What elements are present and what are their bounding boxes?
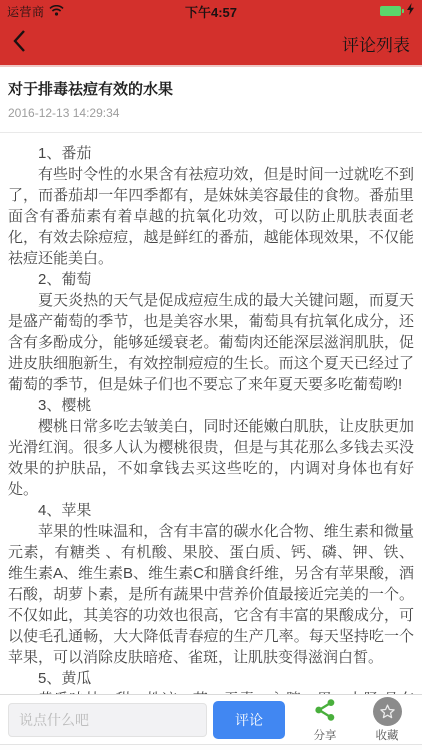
article-body: 1、番茄 有些时令性的水果含有祛痘功效，但是时间一过就吃不到了，而番茄却一年四季…	[8, 143, 414, 694]
bottom-hairline	[0, 744, 422, 750]
article-divider	[0, 132, 422, 133]
bottom-bar: 评论 分享 收藏	[0, 694, 422, 744]
wifi-icon	[49, 3, 64, 21]
status-left-group: 运营商	[7, 2, 64, 21]
nav-title: 评论列表	[342, 31, 410, 56]
article-section: 2、葡萄 夏天炎热的天气是促成痘痘生成的最大关键问题，而夏天是盛产葡萄的季节，也…	[8, 269, 414, 395]
section-heading: 2、葡萄	[8, 269, 414, 290]
section-body: 樱桃日常多吃去皱美白，同时还能嫩白肌肤，让皮肤更加光滑红润。很多人认为樱桃很贵，…	[8, 416, 414, 500]
article-section: 3、樱桃 樱桃日常多吃去皱美白，同时还能嫩白肌肤，让皮肤更加光滑红润。很多人认为…	[8, 395, 414, 500]
section-body: 夏天炎热的天气是促成痘痘生成的最大关键问题，而夏天是盛产葡萄的季节，也是美容水果…	[8, 290, 414, 395]
carrier-label: 运营商	[7, 3, 45, 20]
section-heading: 1、番茄	[8, 143, 414, 164]
nav-bar: 评论列表	[0, 22, 422, 67]
article-title: 对于排毒祛痘有效的水果	[8, 67, 414, 99]
comment-submit-button[interactable]: 评论	[213, 701, 285, 739]
favorite-button[interactable]: 收藏	[360, 697, 414, 743]
comment-input[interactable]	[8, 703, 207, 737]
back-button[interactable]	[12, 21, 42, 66]
section-heading: 4、苹果	[8, 500, 414, 521]
share-label: 分享	[314, 727, 337, 743]
article-section: 1、番茄 有些时令性的水果含有祛痘功效，但是时间一过就吃不到了，而番茄却一年四季…	[8, 143, 414, 269]
battery-full-icon	[380, 6, 404, 16]
article-section: 5、黄瓜 黄瓜味甘，甜、性凉、苦、无毒，入脾、胃、大肠;具有除	[8, 668, 414, 694]
section-body: 有些时令性的水果含有祛痘功效，但是时间一过就吃不到了，而番茄却一年四季都有，是妹…	[8, 164, 414, 269]
share-nodes-icon	[312, 697, 338, 726]
chevron-left-icon	[12, 29, 26, 58]
article-section: 4、苹果 苹果的性味温和，含有丰富的碳水化合物、维生素和微量元素，有糖类 、有机…	[8, 500, 414, 668]
section-body: 苹果的性味温和，含有丰富的碳水化合物、维生素和微量元素，有糖类 、有机酸、果胶、…	[8, 521, 414, 668]
section-heading: 3、樱桃	[8, 395, 414, 416]
lightning-bolt-icon	[406, 2, 415, 20]
section-heading: 5、黄瓜	[8, 668, 414, 689]
star-icon	[373, 697, 402, 726]
share-button[interactable]: 分享	[298, 697, 352, 743]
status-right-group	[380, 2, 415, 20]
status-bar: 运营商 下午4:57	[0, 0, 422, 22]
article-scroll-area[interactable]: 对于排毒祛痘有效的水果 2016-12-13 14:29:34 1、番茄 有些时…	[0, 67, 422, 694]
favorite-label: 收藏	[376, 727, 399, 743]
phone-frame: 运营商 下午4:57	[0, 0, 422, 750]
article-date: 2016-12-13 14:29:34	[8, 106, 414, 120]
